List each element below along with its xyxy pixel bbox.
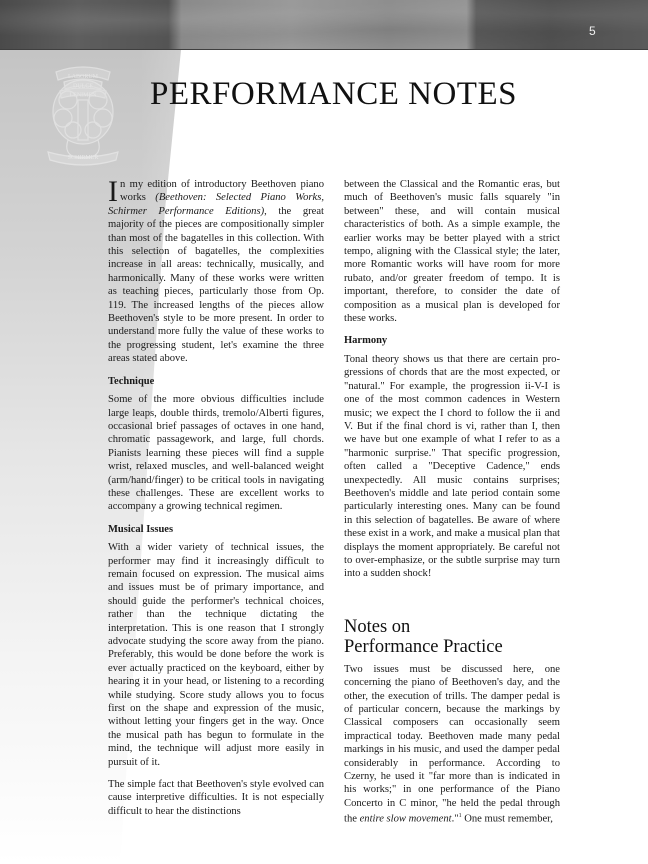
musical-issues-paragraph: With a wider variety of technical issues… [108, 541, 324, 769]
harmony-heading: Harmony [344, 334, 560, 347]
technique-heading: Technique [108, 375, 324, 388]
schirmer-crest-icon: LABORUM DULCE LENIMEN SCHIRMER [38, 60, 128, 170]
technique-paragraph: Some of the more obvious difficulties in… [108, 393, 324, 514]
header-banner [0, 0, 648, 50]
page-title: PERFORMANCE NOTES [150, 76, 517, 113]
performance-practice-paragraph: Two issues must be discussed here, one c… [344, 663, 560, 826]
harmony-paragraph: Tonal theory shows us that there are cer… [344, 353, 560, 581]
right-column: between the Classical and the Romantic e… [344, 178, 560, 835]
performance-practice-heading: Notes on Performance Practice [344, 617, 560, 657]
style-paragraph-start: The simple fact that Beethoven's style e… [108, 778, 324, 818]
dropcap: I [108, 180, 118, 204]
page-number: 5 [589, 24, 596, 38]
style-paragraph-continued: between the Classical and the Romantic e… [344, 178, 560, 325]
emblem-motto-2: DULCE [73, 84, 93, 90]
emblem-motto-3: LENIMEN [70, 93, 98, 99]
musical-issues-heading: Musical Issues [108, 523, 324, 536]
left-column: In my edition of introductory Beethoven … [108, 178, 324, 827]
emblem-motto-1: LABORUM [68, 74, 99, 80]
emblem-publisher: SCHIRMER [68, 155, 99, 161]
emphasis-text: entire slow movement [360, 814, 452, 825]
intro-paragraph: In my edition of introductory Beethoven … [108, 178, 324, 366]
header-divider [0, 49, 648, 50]
